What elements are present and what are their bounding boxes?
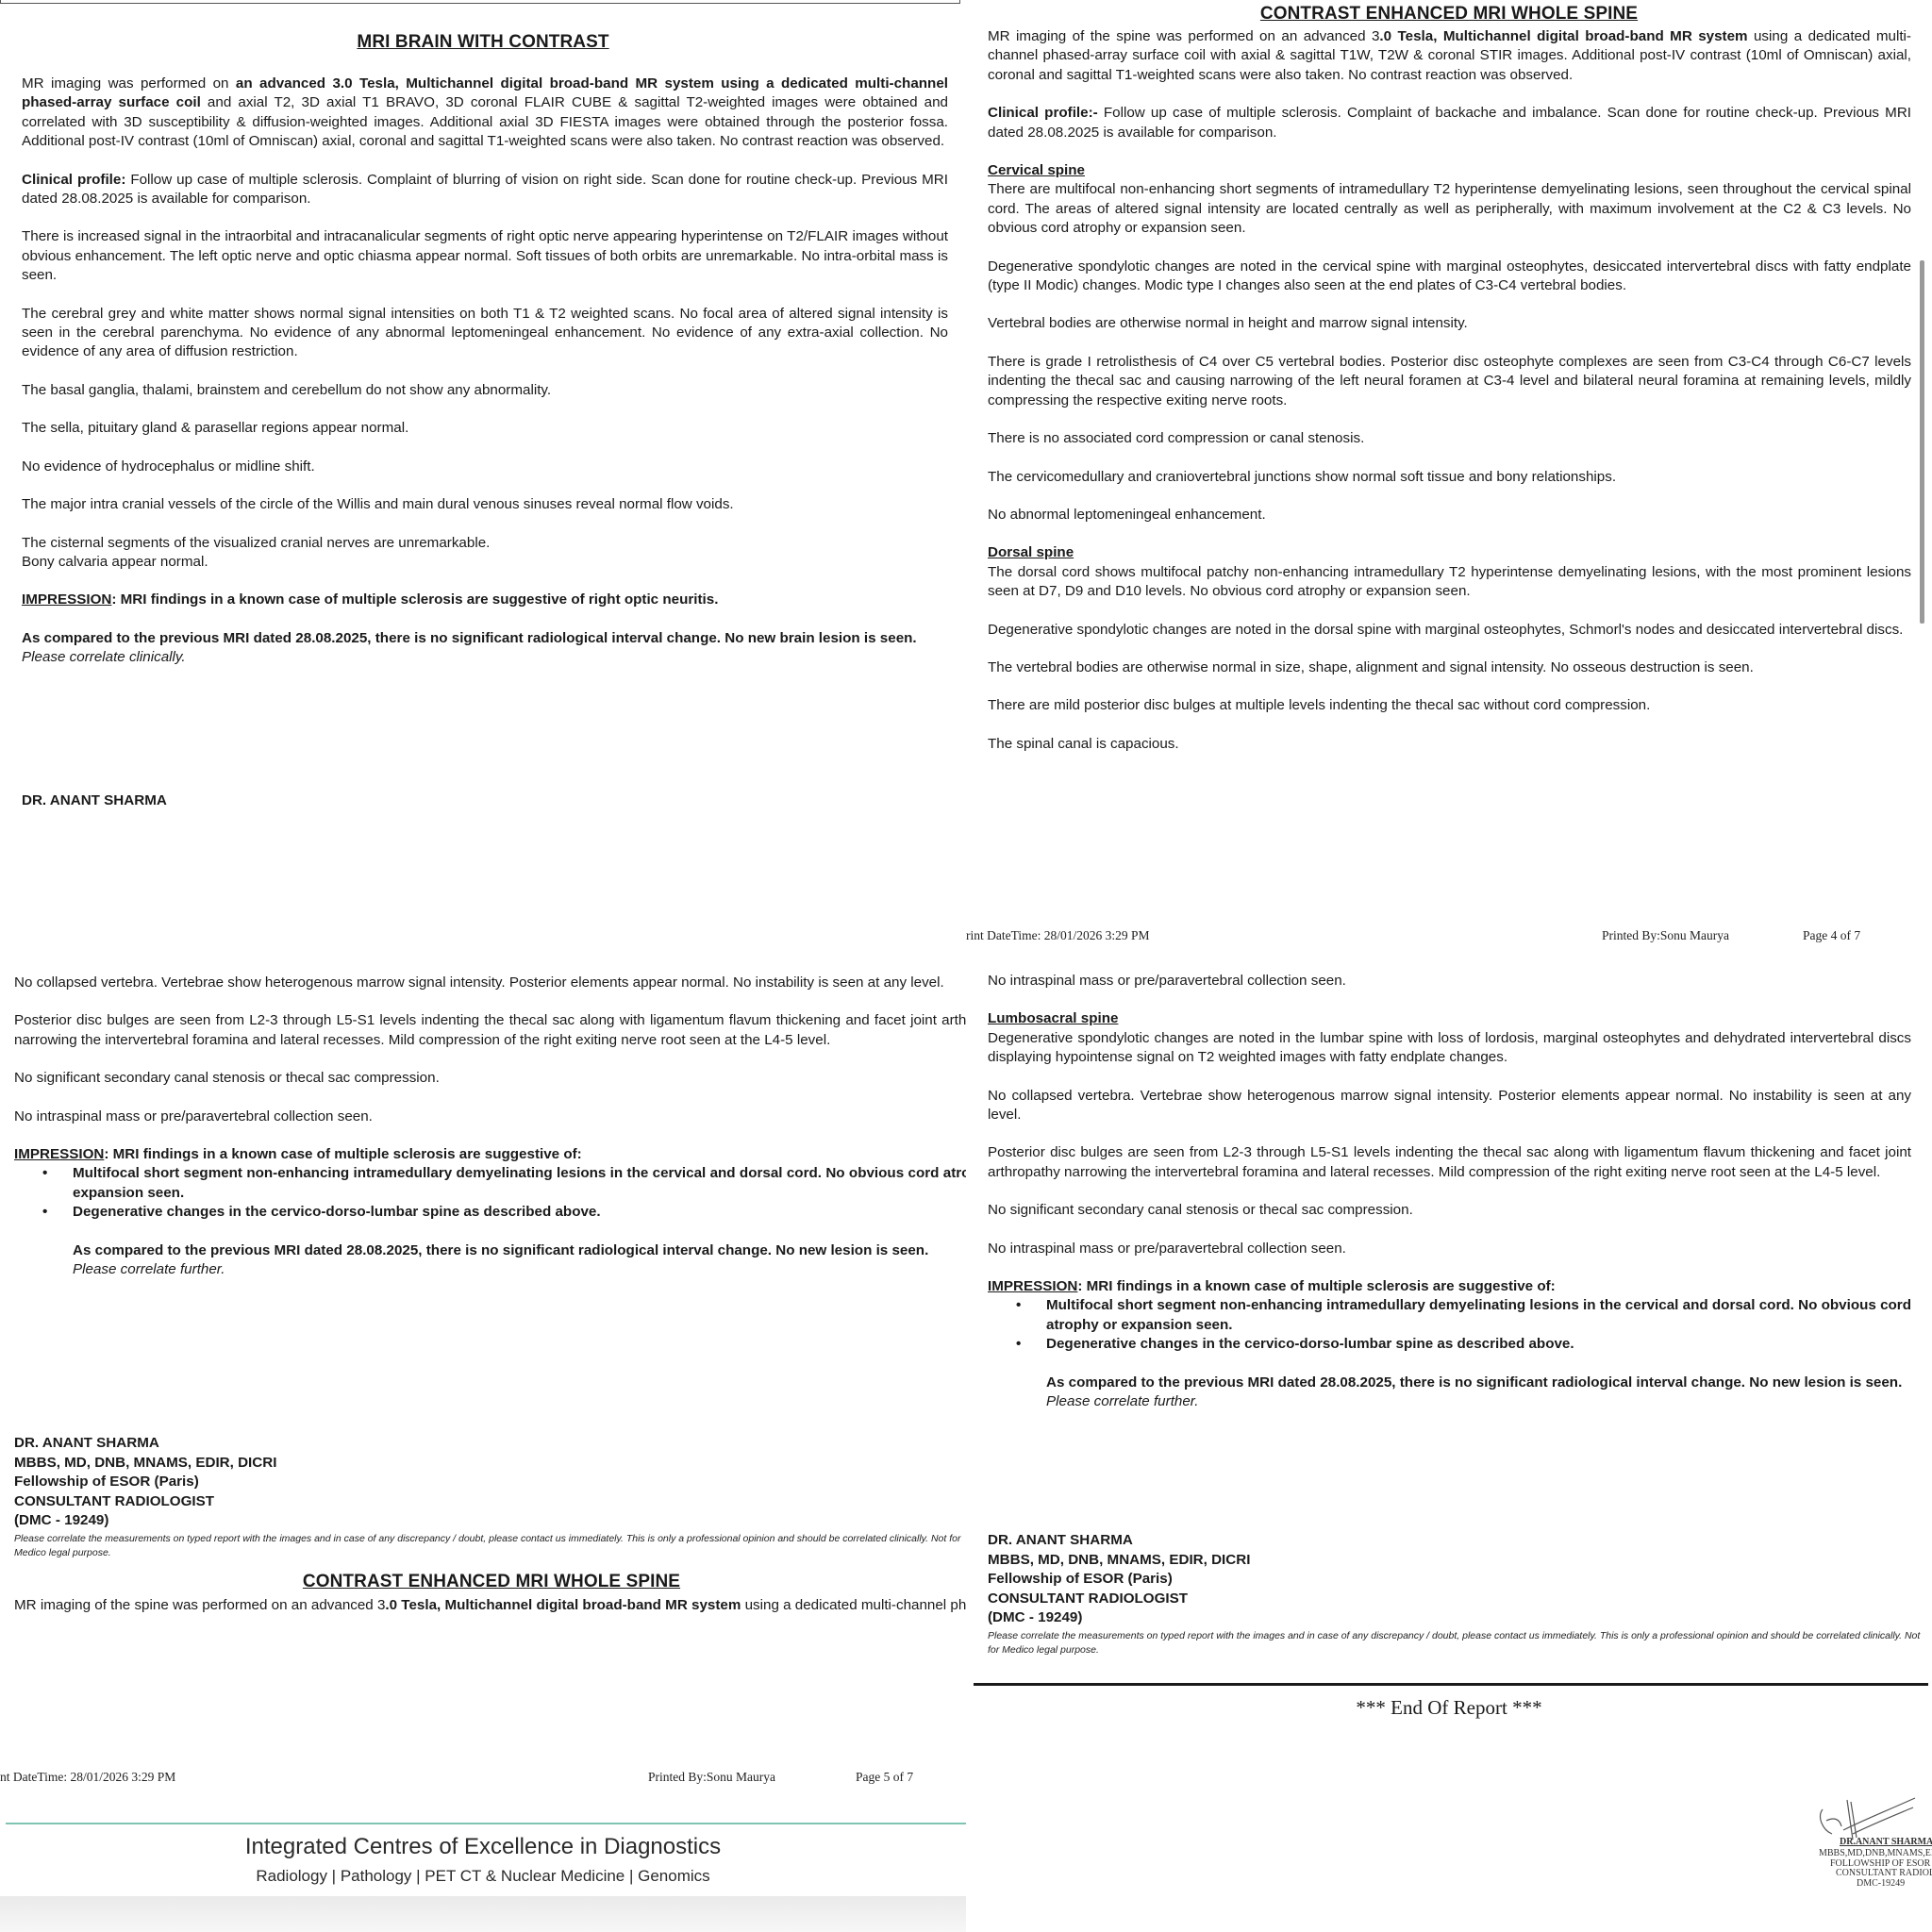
brand-services: Radiology | Pathology | PET CT & Nuclear… — [0, 1867, 966, 1886]
brain-finding: No evidence of hydrocephalus or midline … — [22, 458, 948, 476]
brand-divider — [6, 1823, 966, 1824]
scrollbar[interactable] — [1920, 260, 1924, 624]
page-gap — [0, 1896, 966, 1932]
signature-designation: CONSULTANT RADIOLOGIST — [14, 1492, 276, 1512]
page-spine-report-part1: CONTRAST ENHANCED MRI WHOLE SPINE MR ima… — [966, 0, 1932, 966]
dorsal-finding: The spinal canal is capacious. — [988, 735, 1911, 754]
end-divider — [974, 1683, 1928, 1686]
brain-cranial-nerves: The cisternal segments of the visualized… — [22, 534, 948, 553]
spine-report-title-repeat: CONTRAST ENHANCED MRI WHOLE SPINE — [0, 1572, 966, 1592]
cervical-finding: The cervicomedullary and craniovertebral… — [988, 468, 1911, 487]
print-datetime: nt DateTime: 28/01/2026 3:29 PM — [0, 1770, 175, 1785]
brain-doctor-name: DR. ANANT SHARMA — [22, 792, 167, 808]
spine-technique: MR imaging of the spine was performed on… — [988, 27, 1911, 85]
cervical-finding: There is no associated cord compression … — [988, 429, 1911, 448]
brain-impression: IMPRESSION: MRI findings in a known case… — [22, 591, 948, 609]
spine-comparison: As compared to the previous MRI dated 28… — [988, 1374, 1911, 1392]
printed-by: Printed By:Sonu Maurya — [648, 1770, 775, 1785]
dorsal-finding: There are mild posterior disc bulges at … — [988, 696, 1911, 715]
signature-stamp: DR.ANANT SHARMA MBBS,MD,DNB,MNAMS,EDIR F… — [1802, 1792, 1932, 1915]
lumbar-finding: Posterior disc bulges are seen from L2-3… — [988, 1143, 1911, 1182]
spine-report-title: CONTRAST ENHANCED MRI WHOLE SPINE — [966, 4, 1932, 25]
impression-list: Multifocal short segment non-enhancing i… — [988, 1296, 1911, 1354]
page-spine-report-final: No intraspinal mass or pre/paravertebral… — [966, 966, 1932, 1932]
brain-correlate: Please correlate clinically. — [22, 648, 948, 667]
cervical-finding: Degenerative spondylotic changes are not… — [988, 258, 1911, 296]
header-box — [0, 0, 960, 4]
dorsal-finding: The dorsal cord shows multifocal patchy … — [988, 563, 1911, 602]
lumbar-finding: No intraspinal mass or pre/paravertebral… — [988, 1240, 1911, 1258]
brain-report-title: MRI BRAIN WITH CONTRAST — [0, 32, 966, 53]
page-number: Page 5 of 7 — [856, 1770, 913, 1785]
printed-by: Printed By:Sonu Maurya — [1602, 928, 1729, 943]
disclaimer: Please correlate the measurements on typ… — [988, 1629, 1926, 1657]
spine-report-body: MR imaging of the spine was performed on… — [988, 27, 1911, 773]
dorsal-heading: Dorsal spine — [988, 543, 1911, 562]
disclaimer: Please correlate the measurements on typ… — [14, 1532, 966, 1560]
stamp-designation: CONSULTANT RADIOLOGIST — [1819, 1869, 1932, 1879]
signature-reg: (DMC - 19249) — [988, 1608, 1250, 1628]
impression-item: Degenerative changes in the cervico-dors… — [988, 1335, 1911, 1354]
impression-item: Multifocal short segment non-enhancing i… — [988, 1296, 1911, 1335]
signature-degrees: MBBS, MD, DNB, MNAMS, EDIR, DICRI — [14, 1454, 276, 1474]
lumbar-finding: No significant secondary canal stenosis … — [14, 1069, 966, 1088]
brain-report-body: MR imaging was performed on an advanced … — [22, 75, 948, 668]
dorsal-finding: No intraspinal mass or pre/paravertebral… — [988, 972, 1911, 991]
brain-technique: MR imaging was performed on an advanced … — [22, 75, 948, 152]
signature-fellowship: Fellowship of ESOR (Paris) — [988, 1570, 1250, 1590]
signature-block: DR. ANANT SHARMA MBBS, MD, DNB, MNAMS, E… — [14, 1434, 276, 1531]
lumbosacral-intro: Degenerative spondylotic changes are not… — [988, 1029, 1911, 1068]
cervical-finding: There is grade I retrolisthesis of C4 ov… — [988, 353, 1911, 410]
spine-clinical-profile: Clinical profile:- Follow up case of mul… — [988, 104, 1911, 142]
brain-clinical-profile: Clinical profile: Follow up case of mult… — [22, 171, 948, 209]
cervical-finding: No abnormal leptomeningeal enhancement. — [988, 506, 1911, 525]
spine-technique-repeat: MR imaging of the spine was performed on… — [14, 1596, 966, 1615]
brand-tagline: Integrated Centres of Excellence in Diag… — [0, 1834, 966, 1860]
page-number: Page 4 of 7 — [1803, 928, 1860, 943]
signature-reg: (DMC - 19249) — [14, 1511, 276, 1531]
signature-block: DR. ANANT SHARMA MBBS, MD, DNB, MNAMS, E… — [988, 1531, 1250, 1628]
stamp-degrees: MBBS,MD,DNB,MNAMS,EDIR — [1819, 1849, 1932, 1859]
brain-finding: The basal ganglia, thalami, brainstem an… — [22, 381, 948, 400]
brain-calvaria: Bony calvaria appear normal. — [22, 553, 948, 572]
signature-name: DR. ANANT SHARMA — [988, 1531, 1250, 1551]
lumbosacral-heading: Lumbosacral spine — [988, 1009, 1911, 1028]
page-brain-report: MRI BRAIN WITH CONTRAST MR imaging was p… — [0, 0, 966, 966]
dorsal-finding: Degenerative spondylotic changes are not… — [988, 621, 1911, 640]
page-spine-report-part2: No collapsed vertebra. Vertebrae show he… — [0, 966, 966, 1932]
lumbar-finding: No collapsed vertebra. Vertebrae show he… — [988, 1087, 1911, 1125]
spine-correlate: Please correlate further. — [988, 1392, 1911, 1411]
cervical-heading: Cervical spine — [988, 161, 1911, 180]
cervical-finding: Vertebral bodies are otherwise normal in… — [988, 314, 1911, 333]
cervical-finding: There are multifocal non-enhancing short… — [988, 180, 1911, 238]
dorsal-finding: The vertebral bodies are otherwise norma… — [988, 658, 1911, 677]
impression-item: Multifocal short segment non-enhancing i… — [14, 1164, 966, 1203]
brain-comparison: As compared to the previous MRI dated 28… — [22, 629, 948, 648]
signature-degrees: MBBS, MD, DNB, MNAMS, EDIR, DICRI — [988, 1551, 1250, 1571]
print-datetime: rint DateTime: 28/01/2026 3:29 PM — [966, 928, 1150, 943]
impression-list: Multifocal short segment non-enhancing i… — [14, 1164, 966, 1222]
impression-item: Degenerative changes in the cervico-dors… — [14, 1203, 966, 1222]
signature-designation: CONSULTANT RADIOLOGIST — [988, 1590, 1250, 1609]
stamp-name: DR.ANANT SHARMA — [1840, 1838, 1932, 1848]
end-of-report: *** End Of Report *** — [966, 1696, 1932, 1720]
signature-name: DR. ANANT SHARMA — [14, 1434, 276, 1454]
lumbar-finding: No significant secondary canal stenosis … — [988, 1201, 1911, 1220]
spine-impression: IMPRESSION: MRI findings in a known case… — [14, 1145, 966, 1164]
brain-finding: The cerebral grey and white matter shows… — [22, 305, 948, 362]
lumbar-finding: Posterior disc bulges are seen from L2-3… — [14, 1011, 966, 1050]
brain-finding: The sella, pituitary gland & parasellar … — [22, 419, 948, 438]
spine-correlate: Please correlate further. — [14, 1260, 966, 1279]
brain-finding: The major intra cranial vessels of the c… — [22, 495, 948, 514]
lumbar-finding: No intraspinal mass or pre/paravertebral… — [14, 1108, 966, 1126]
lumbar-finding: No collapsed vertebra. Vertebrae show he… — [14, 974, 966, 992]
spine-comparison: As compared to the previous MRI dated 28… — [14, 1241, 966, 1260]
lumbar-continuation: No collapsed vertebra. Vertebrae show he… — [14, 974, 966, 1279]
brain-finding: There is increased signal in the intraor… — [22, 227, 948, 285]
spine-impression: IMPRESSION: MRI findings in a known case… — [988, 1277, 1911, 1296]
signature-fellowship: Fellowship of ESOR (Paris) — [14, 1473, 276, 1492]
final-page-body: No intraspinal mass or pre/paravertebral… — [988, 972, 1911, 1412]
stamp-reg: DMC-19249 — [1819, 1879, 1932, 1890]
